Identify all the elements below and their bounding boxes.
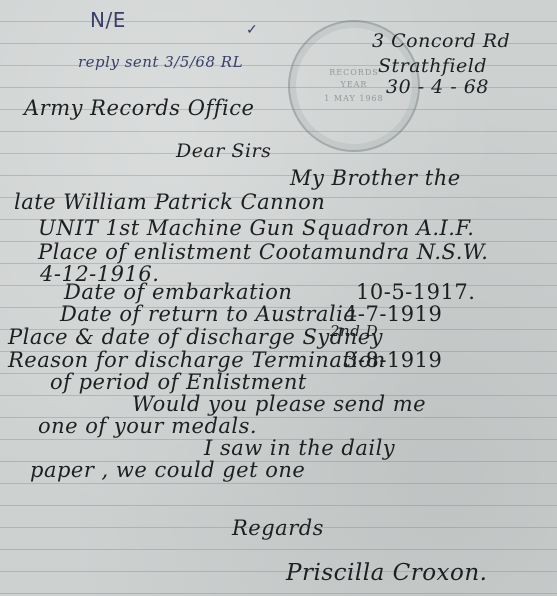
body-request-b: one of your medals. xyxy=(38,414,257,438)
detail-label-discharge: Place & date of discharge Sydney xyxy=(8,325,383,349)
recipient: Army Records Office xyxy=(24,96,254,120)
detail-label-return: Date of return to Australia xyxy=(60,302,356,326)
body-intro-b: late William Patrick Cannon xyxy=(14,190,325,214)
detail-value-reason: 3-8-1919 xyxy=(344,348,442,372)
closing: Regards xyxy=(232,516,324,540)
letter-page: RECORDS YEAR 1 MAY 1968 N/E ✓ reply sent… xyxy=(0,0,557,596)
file-mark: N/E xyxy=(90,8,126,32)
body-unit: UNIT 1st Machine Gun Squadron A.I.F. xyxy=(38,216,474,240)
signature: Priscilla Croxon. xyxy=(286,560,487,586)
salutation: Dear Sirs xyxy=(176,140,271,162)
detail-continuation: of period of Enlistment xyxy=(50,370,307,394)
body-note-b: paper , we could get one xyxy=(30,458,305,482)
body-intro-a: My Brother the xyxy=(290,166,461,190)
check-mark-icon: ✓ xyxy=(246,22,258,38)
body-enlistment: Place of enlistment Cootamundra N.S.W. xyxy=(38,240,488,264)
reply-note: reply sent 3/5/68 RL xyxy=(78,53,243,71)
detail-value-discharge: 2nd D xyxy=(330,322,378,340)
detail-label-embarkation: Date of embarkation xyxy=(64,280,292,304)
detail-label-reason: Reason for discharge Termination xyxy=(8,348,386,372)
body-note-a: I saw in the daily xyxy=(204,436,395,460)
address-street: 3 Concord Rd xyxy=(372,30,510,52)
address-suburb: Strathfield xyxy=(378,55,487,77)
detail-value-embarkation: 10-5-1917. xyxy=(356,280,475,304)
letter-date: 30 - 4 - 68 xyxy=(386,76,489,98)
body-request-a: Would you please send me xyxy=(132,392,426,416)
